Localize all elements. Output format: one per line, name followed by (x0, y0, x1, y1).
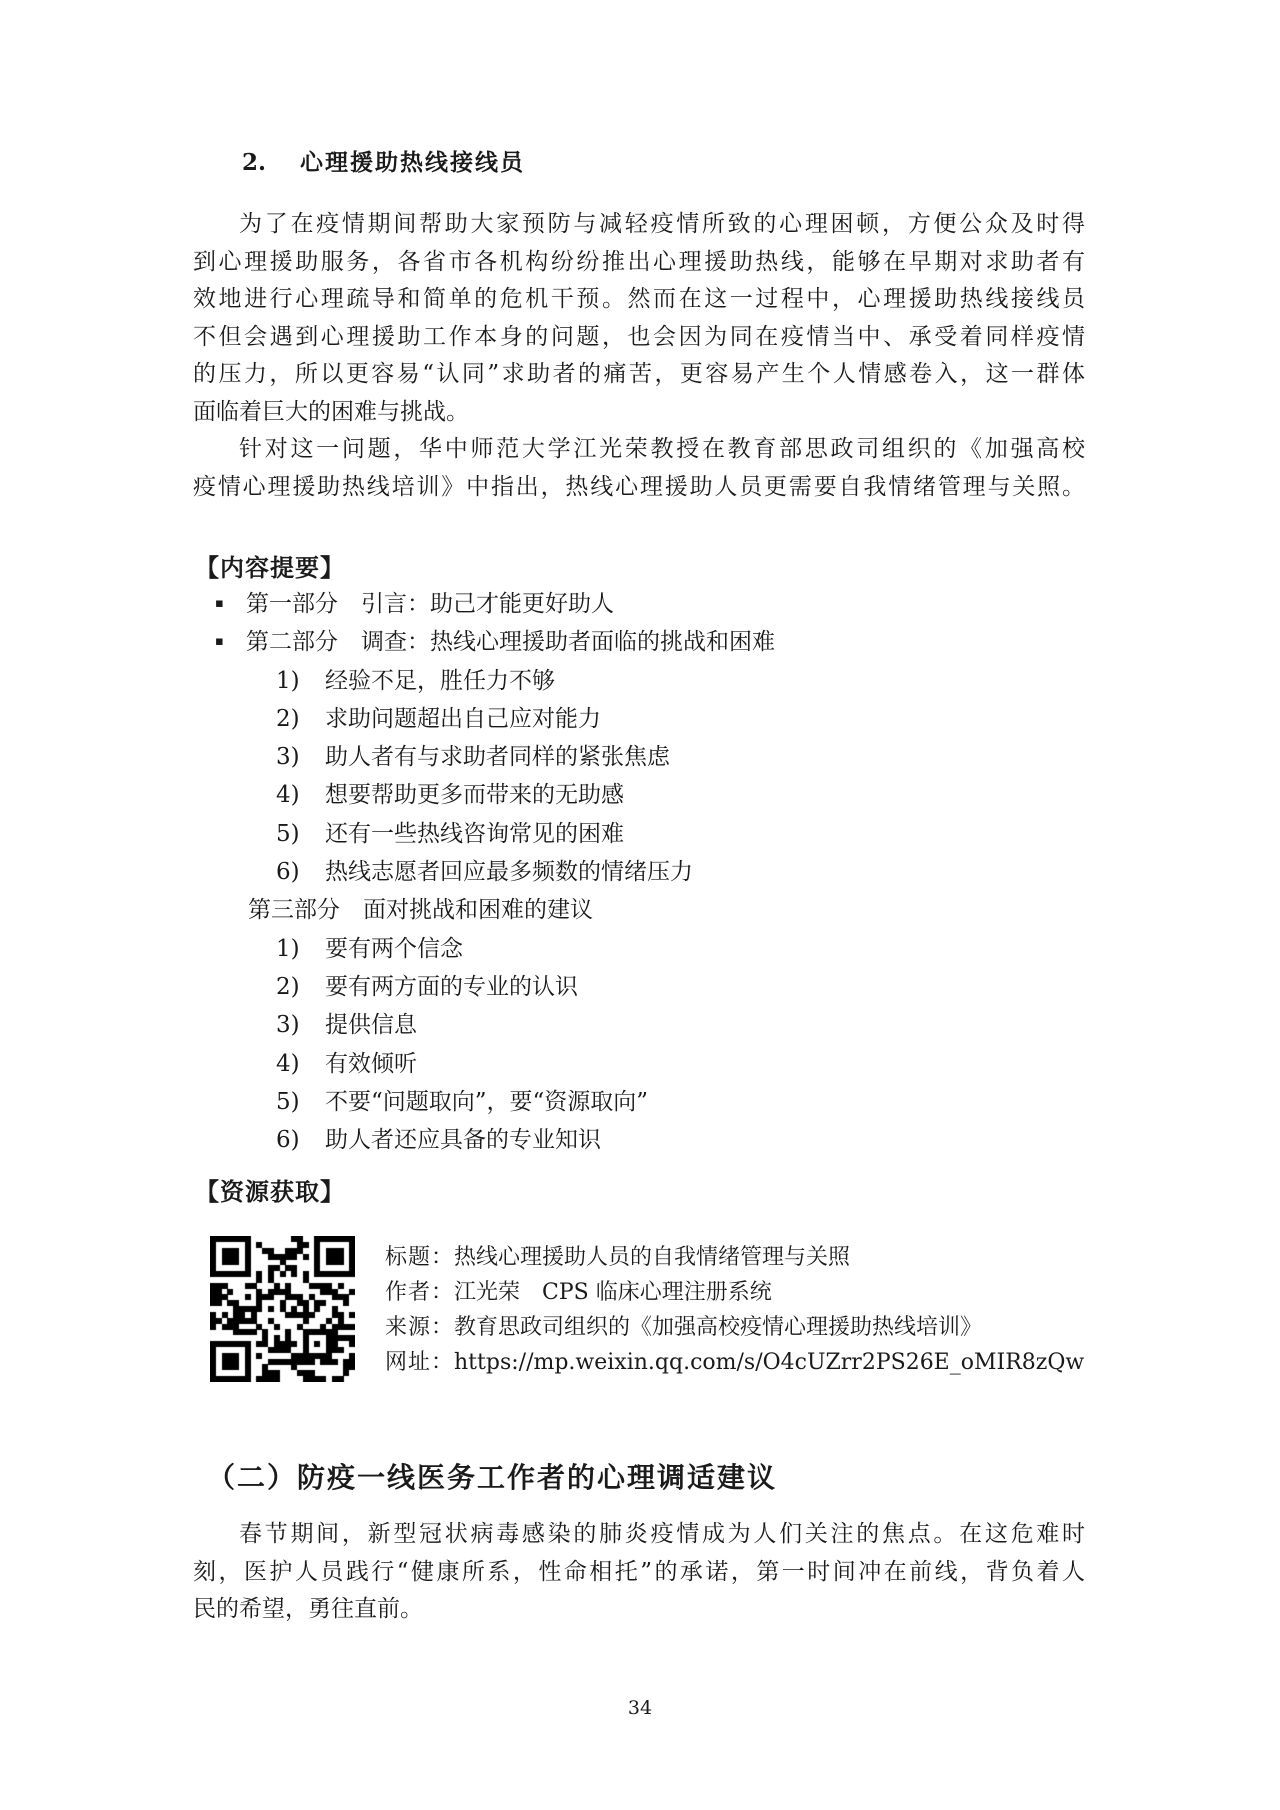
list-item: 5) 不要“问题取向”，要“资源取向” (193, 1083, 1085, 1121)
list-item: ▪ 第二部分 调查：热线心理援助者面临的挑战和困难 (193, 623, 1085, 661)
resource-field: 网址：https://mp.weixin.qq.com/s/O4cUZrr2PS… (385, 1345, 1084, 1380)
list-item-text: 第二部分 调查：热线心理援助者面临的挑战和困难 (246, 623, 775, 661)
resource-field: 来源：教育思政司组织的《加强高校疫情心理援助热线培训》 (385, 1310, 1084, 1345)
summary-list: ▪ 第一部分 引言：助己才能更好助人 ▪ 第二部分 调查：热线心理援助者面临的挑… (193, 585, 1085, 1159)
list-item-text: 经验不足，胜任力不够 (325, 662, 555, 700)
item-number: 5) (276, 815, 325, 853)
paragraph-line: 效地进行心理疏导和简单的危机干预。然而在这一过程中，心理援助热线接线员 (193, 281, 1085, 319)
list-item: 4) 想要帮助更多而带来的无助感 (193, 776, 1085, 814)
section-title: 心理援助热线接线员 (300, 149, 525, 176)
field-value: 教育思政司组织的《加强高校疫情心理援助热线培训》 (454, 1315, 982, 1340)
list-item: 1) 经验不足，胜任力不够 (193, 662, 1085, 700)
list-item-text: 提供信息 (325, 1006, 417, 1044)
item-number: 3) (276, 1006, 325, 1044)
list-item: 3) 提供信息 (193, 1006, 1085, 1044)
list-item: 1) 要有两个信念 (193, 930, 1085, 968)
paragraph-line: 针对这一问题，华中师范大学江光荣教授在教育部思政司组织的《加强高校 (193, 431, 1085, 469)
field-label: 网址： (385, 1350, 454, 1375)
field-label: 标题： (385, 1245, 454, 1270)
item-number: 6) (276, 1121, 325, 1159)
list-item-text: 求助问题超出自己应对能力 (325, 700, 601, 738)
list-item: 2) 求助问题超出自己应对能力 (193, 700, 1085, 738)
item-number: 1) (276, 662, 325, 700)
field-label: 来源： (385, 1315, 454, 1340)
item-number: 4) (276, 776, 325, 814)
page-number: 34 (0, 1697, 1280, 1719)
item-number: 2) (276, 968, 325, 1006)
resource-fields: 标题：热线心理援助人员的自我情绪管理与关照 作者：江光荣 CPS 临床心理注册系… (385, 1240, 1084, 1380)
bullet-square-icon: ▪ (193, 585, 246, 623)
qr-code (210, 1236, 355, 1382)
resources-heading: 【资源获取】 (195, 1172, 345, 1207)
section-heading: 2.心理援助热线接线员 (242, 144, 525, 177)
section-number: 2. (242, 149, 266, 176)
resource-field: 标题：热线心理援助人员的自我情绪管理与关照 (385, 1240, 1084, 1275)
item-number: 4) (276, 1045, 325, 1083)
paragraph-line: 疫情心理援助热线培训》中指出，热线心理援助人员更需要自我情绪管理与关照。 (193, 469, 1085, 507)
list-item: 6) 热线志愿者回应最多频数的情绪压力 (193, 853, 1085, 891)
bullet-square-icon: ▪ (193, 623, 246, 661)
field-value: 热线心理援助人员的自我情绪管理与关照 (454, 1245, 850, 1270)
document-page: 2.心理援助热线接线员 为了在疫情期间帮助大家预防与减轻疫情所致的心理困顿，方便… (0, 0, 1280, 1810)
field-label: 作者： (385, 1280, 454, 1305)
paragraph-line: 春节期间，新型冠状病毒感染的肺炎疫情成为人们关注的焦点。在这危难时 (193, 1516, 1085, 1554)
list-item-text: 热线志愿者回应最多频数的情绪压力 (325, 853, 693, 891)
item-number: 5) (276, 1083, 325, 1121)
resource-field: 作者：江光荣 CPS 临床心理注册系统 (385, 1275, 1084, 1310)
list-item: 5) 还有一些热线咨询常见的困难 (193, 815, 1085, 853)
list-item-text: 第一部分 引言：助己才能更好助人 (246, 585, 614, 623)
list-item-text: 还有一些热线咨询常见的困难 (325, 815, 624, 853)
list-item: 6) 助人者还应具备的专业知识 (193, 1121, 1085, 1159)
item-number: 1) (276, 930, 325, 968)
intro-paragraphs: 为了在疫情期间帮助大家预防与减轻疫情所致的心理困顿，方便公众及时得 到心理援助服… (193, 206, 1085, 506)
paragraph-line: 不但会遇到心理援助工作本身的问题，也会因为同在疫情当中、承受着同样疫情 (193, 319, 1085, 357)
item-number: 3) (276, 738, 325, 776)
list-item: 4) 有效倾听 (193, 1045, 1085, 1083)
list-part-label: 第三部分 面对挑战和困难的建议 (193, 891, 1085, 929)
item-number: 2) (276, 700, 325, 738)
list-item: 2) 要有两方面的专业的认识 (193, 968, 1085, 1006)
list-item-text: 想要帮助更多而带来的无助感 (325, 776, 624, 814)
list-item-text: 要有两个信念 (325, 930, 463, 968)
source-url: https://mp.weixin.qq.com/s/O4cUZrr2PS26E… (454, 1350, 1084, 1375)
paragraph-line: 的压力，所以更容易“认同”求助者的痛苦，更容易产生个人情感卷入，这一群体 (193, 356, 1085, 394)
paragraph-line: 民的希望，勇往直前。 (193, 1591, 1085, 1629)
field-value: 江光荣 CPS 临床心理注册系统 (454, 1280, 772, 1305)
list-item: 3) 助人者有与求助者同样的紧张焦虑 (193, 738, 1085, 776)
list-item-text: 助人者还应具备的专业知识 (325, 1121, 601, 1159)
list-item-text: 要有两方面的专业的认识 (325, 968, 578, 1006)
item-number: 6) (276, 853, 325, 891)
paragraph-line: 刻，医护人员践行“健康所系，性命相托”的承诺，第一时间冲在前线，背负着人 (193, 1554, 1085, 1592)
subsection-paragraph: 春节期间，新型冠状病毒感染的肺炎疫情成为人们关注的焦点。在这危难时 刻，医护人员… (193, 1516, 1085, 1629)
paragraph-line: 面临着巨大的困难与挑战。 (193, 394, 1085, 432)
list-item-text: 有效倾听 (325, 1045, 417, 1083)
summary-heading: 【内容提要】 (195, 548, 345, 583)
paragraph-line: 为了在疫情期间帮助大家预防与减轻疫情所致的心理困顿，方便公众及时得 (193, 206, 1085, 244)
list-item: ▪ 第一部分 引言：助己才能更好助人 (193, 585, 1085, 623)
subsection-heading: （二）防疫一线医务工作者的心理调适建议 (207, 1456, 777, 1496)
list-item-text: 不要“问题取向”，要“资源取向” (325, 1083, 648, 1121)
list-item-text: 助人者有与求助者同样的紧张焦虑 (325, 738, 670, 776)
paragraph-line: 到心理援助服务，各省市各机构纷纷推出心理援助热线，能够在早期对求助者有 (193, 244, 1085, 282)
